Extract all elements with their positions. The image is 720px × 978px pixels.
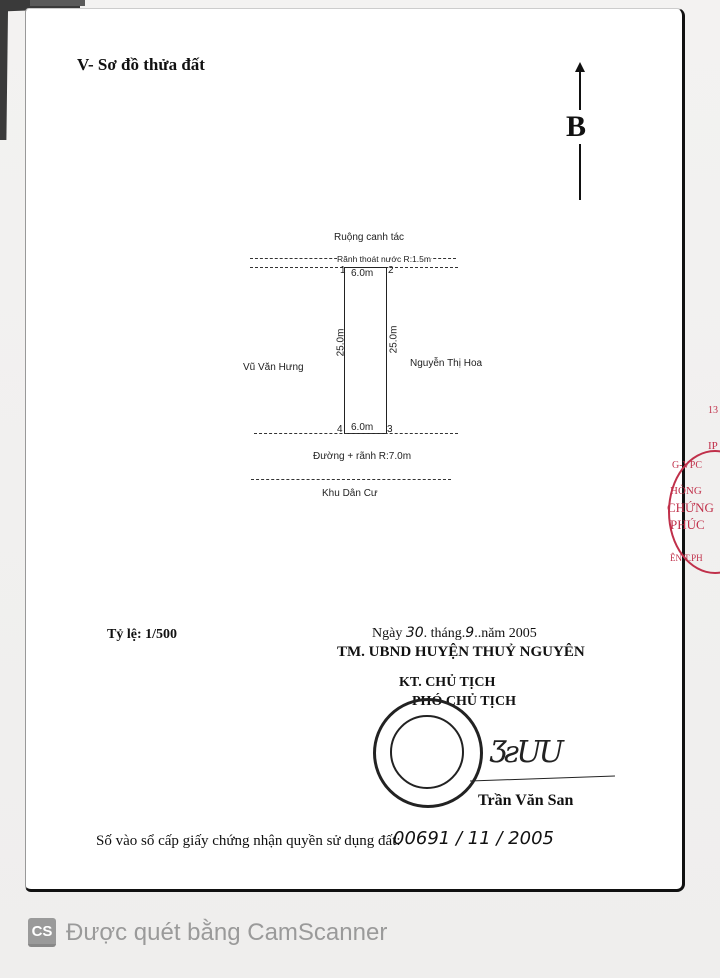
camscanner-watermark: CS Được quét bằng CamScanner bbox=[28, 918, 387, 947]
watermark-text: Được quét bằng CamScanner bbox=[66, 919, 387, 947]
date-prefix: Ngày bbox=[372, 626, 402, 641]
corner-2: 2 bbox=[388, 265, 394, 276]
date-day: 30 bbox=[406, 625, 424, 641]
channel-label: Rãnh thoát nước R:1.5m bbox=[337, 254, 431, 264]
title-line-1: KT. CHỦ TỊCH bbox=[399, 675, 495, 691]
official-seal bbox=[373, 698, 483, 808]
edge-right-length: 25.0m bbox=[388, 326, 399, 354]
corner-1: 1 bbox=[340, 265, 346, 276]
road-line-bottom bbox=[251, 479, 451, 480]
stamp-text: PHÚC bbox=[670, 517, 705, 533]
camscanner-logo-icon: CS bbox=[28, 918, 56, 947]
edge-bottom-length: 6.0m bbox=[351, 422, 373, 433]
date-month-label: tháng bbox=[431, 626, 462, 641]
road-line-top bbox=[254, 433, 458, 434]
date-line: Ngày 30. tháng.9..năm 2005 bbox=[372, 625, 537, 642]
edge-left-length: 25.0m bbox=[335, 329, 346, 357]
stamp-text: IP bbox=[708, 440, 718, 452]
side-stamp: 13 IP G-VPC HÒNG CHỨNG PHÚC ÊN T.PH bbox=[668, 405, 720, 575]
signature: ƷƨUU bbox=[490, 735, 561, 770]
land-plot-diagram: Ruộng canh tác Rãnh thoát nước R:1.5m 1 … bbox=[0, 0, 720, 978]
top-area-label: Ruộng canh tác bbox=[334, 232, 404, 243]
signer-name: Trần Văn San bbox=[478, 792, 573, 810]
road-label: Đường + rãnh R:7.0m bbox=[313, 451, 411, 462]
bottom-area-label: Khu Dân Cư bbox=[322, 488, 378, 499]
edge-top-length: 6.0m bbox=[351, 268, 373, 279]
stamp-text: 13 bbox=[708, 405, 718, 416]
left-neighbor: Vũ Văn Hưng bbox=[243, 362, 304, 373]
registry-label: Số vào sổ cấp giấy chứng nhận quyền sử d… bbox=[96, 833, 401, 850]
stamp-text: CHỨNG bbox=[667, 500, 714, 516]
date-month: 9 bbox=[465, 625, 474, 641]
date-year: ..năm 2005 bbox=[474, 626, 537, 641]
authority-name: TM. UBND HUYỆN THUỶ NGUYÊN bbox=[337, 644, 585, 661]
registry-number: 00691 / 11 / 2005 bbox=[393, 828, 554, 849]
plot-boundary bbox=[344, 267, 387, 434]
right-neighbor: Nguyễn Thị Hoa bbox=[410, 358, 482, 369]
scale-label: Tỷ lệ: 1/500 bbox=[107, 627, 177, 643]
stamp-text: HÒNG bbox=[670, 485, 702, 497]
stamp-text: G-VPC bbox=[672, 460, 702, 471]
stamp-text: ÊN T.PH bbox=[670, 553, 703, 563]
